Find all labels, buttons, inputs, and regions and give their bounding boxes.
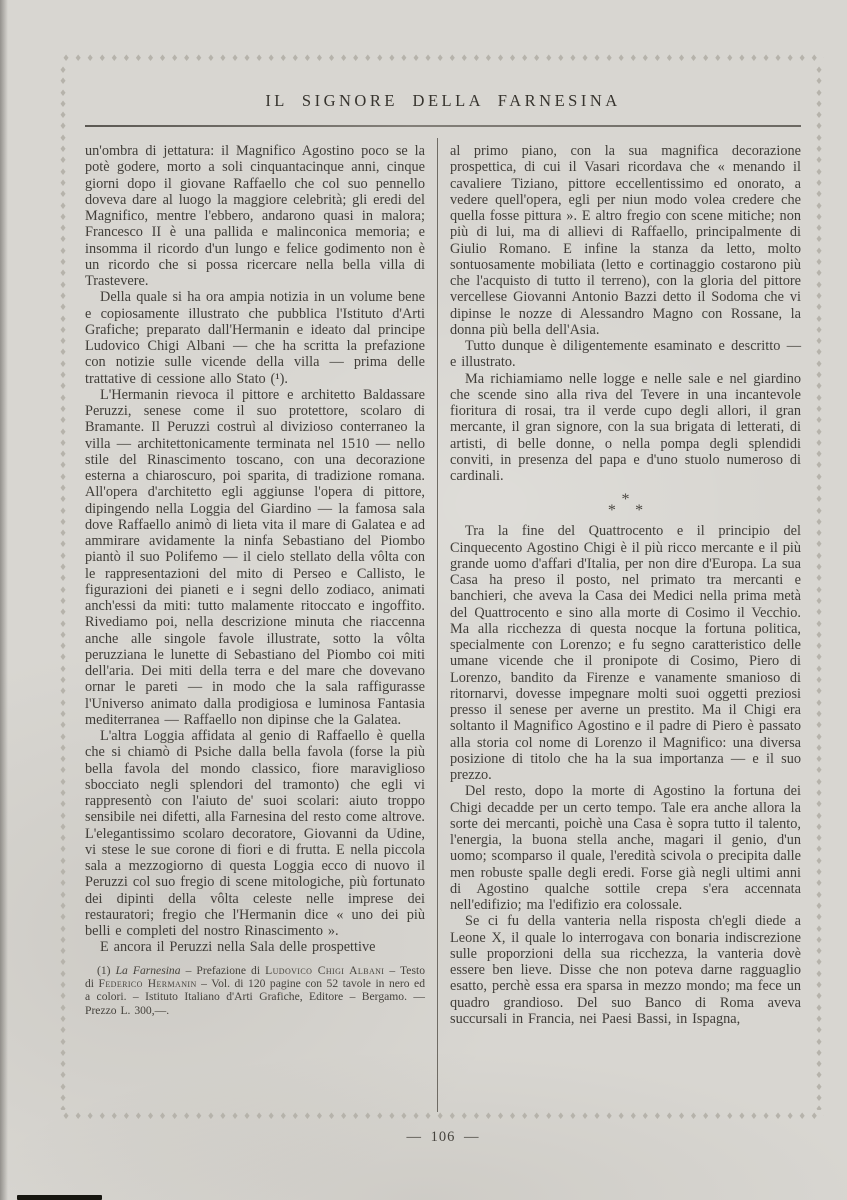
footnote: (1) La Farnesina – Prefazione di Ludovic… xyxy=(85,964,425,1018)
page-header: IL SIGNORE DELLA FARNESINA xyxy=(85,91,801,127)
page-title: IL SIGNORE DELLA FARNESINA xyxy=(85,91,801,111)
page-number: — 106 — xyxy=(85,1129,801,1146)
scanned-book-page: ♦♦♦♦♦♦♦♦♦♦♦♦♦♦♦♦♦♦♦♦♦♦♦♦♦♦♦♦♦♦♦♦♦♦♦♦♦♦♦♦… xyxy=(0,0,847,1200)
paragraph: Tra la fine del Quattrocento e il princi… xyxy=(450,523,801,783)
paragraph: E ancora il Peruzzi nella Sala delle pro… xyxy=(85,939,425,955)
paragraph: Ma richiamiamo nelle logge e nelle sale … xyxy=(450,371,801,485)
diamond-border-top-icon: ♦♦♦♦♦♦♦♦♦♦♦♦♦♦♦♦♦♦♦♦♦♦♦♦♦♦♦♦♦♦♦♦♦♦♦♦♦♦♦♦… xyxy=(62,54,824,67)
paragraph: Del resto, dopo la morte di Agostino la … xyxy=(450,783,801,913)
asterism-bottom: * * xyxy=(450,505,801,516)
left-column: un'ombra di jettatura: il Magnifico Agos… xyxy=(85,143,425,1017)
scan-edge-artifact xyxy=(17,1195,102,1200)
footnote-segment: – Prefazione di xyxy=(181,964,266,977)
paragraph: Tutto dunque è diligentemente esaminato … xyxy=(450,338,801,371)
diamond-border-right-icon: ♦ ♦ ♦ ♦ ♦ ♦ ♦ ♦ ♦ ♦ ♦ ♦ ♦ ♦ ♦ ♦ ♦ ♦ ♦ ♦ … xyxy=(812,66,826,1110)
asterism-section-break-icon: * * * xyxy=(450,494,801,516)
footnote-segment: Ludovico Chigi Albani xyxy=(265,964,384,977)
right-column: al primo piano, con la sua magnifica dec… xyxy=(450,143,801,1027)
paragraph: L'altra Loggia affidata al genio di Raff… xyxy=(85,728,425,939)
column-divider-rule xyxy=(437,138,438,1112)
paragraph: al primo piano, con la sua magnifica dec… xyxy=(450,143,801,338)
title-rule xyxy=(85,125,801,127)
paragraph: L'Hermanin rievoca il pittore e architet… xyxy=(85,387,425,728)
footnote-segment: Federico Hermanin xyxy=(99,977,197,990)
footnote-segment: La Farnesina xyxy=(116,964,181,977)
diamond-border-bottom-icon: ♦♦♦♦♦♦♦♦♦♦♦♦♦♦♦♦♦♦♦♦♦♦♦♦♦♦♦♦♦♦♦♦♦♦♦♦♦♦♦♦… xyxy=(62,1112,824,1125)
paragraph: Se ci fu della vanteria nella risposta c… xyxy=(450,913,801,1027)
paragraph: un'ombra di jettatura: il Magnifico Agos… xyxy=(85,143,425,289)
footnote-segment: (1) xyxy=(97,964,116,977)
diamond-border-left-icon: ♦ ♦ ♦ ♦ ♦ ♦ ♦ ♦ ♦ ♦ ♦ ♦ ♦ ♦ ♦ ♦ ♦ ♦ ♦ ♦ … xyxy=(56,66,70,1110)
paragraph: Della quale si ha ora ampia notizia in u… xyxy=(85,289,425,387)
